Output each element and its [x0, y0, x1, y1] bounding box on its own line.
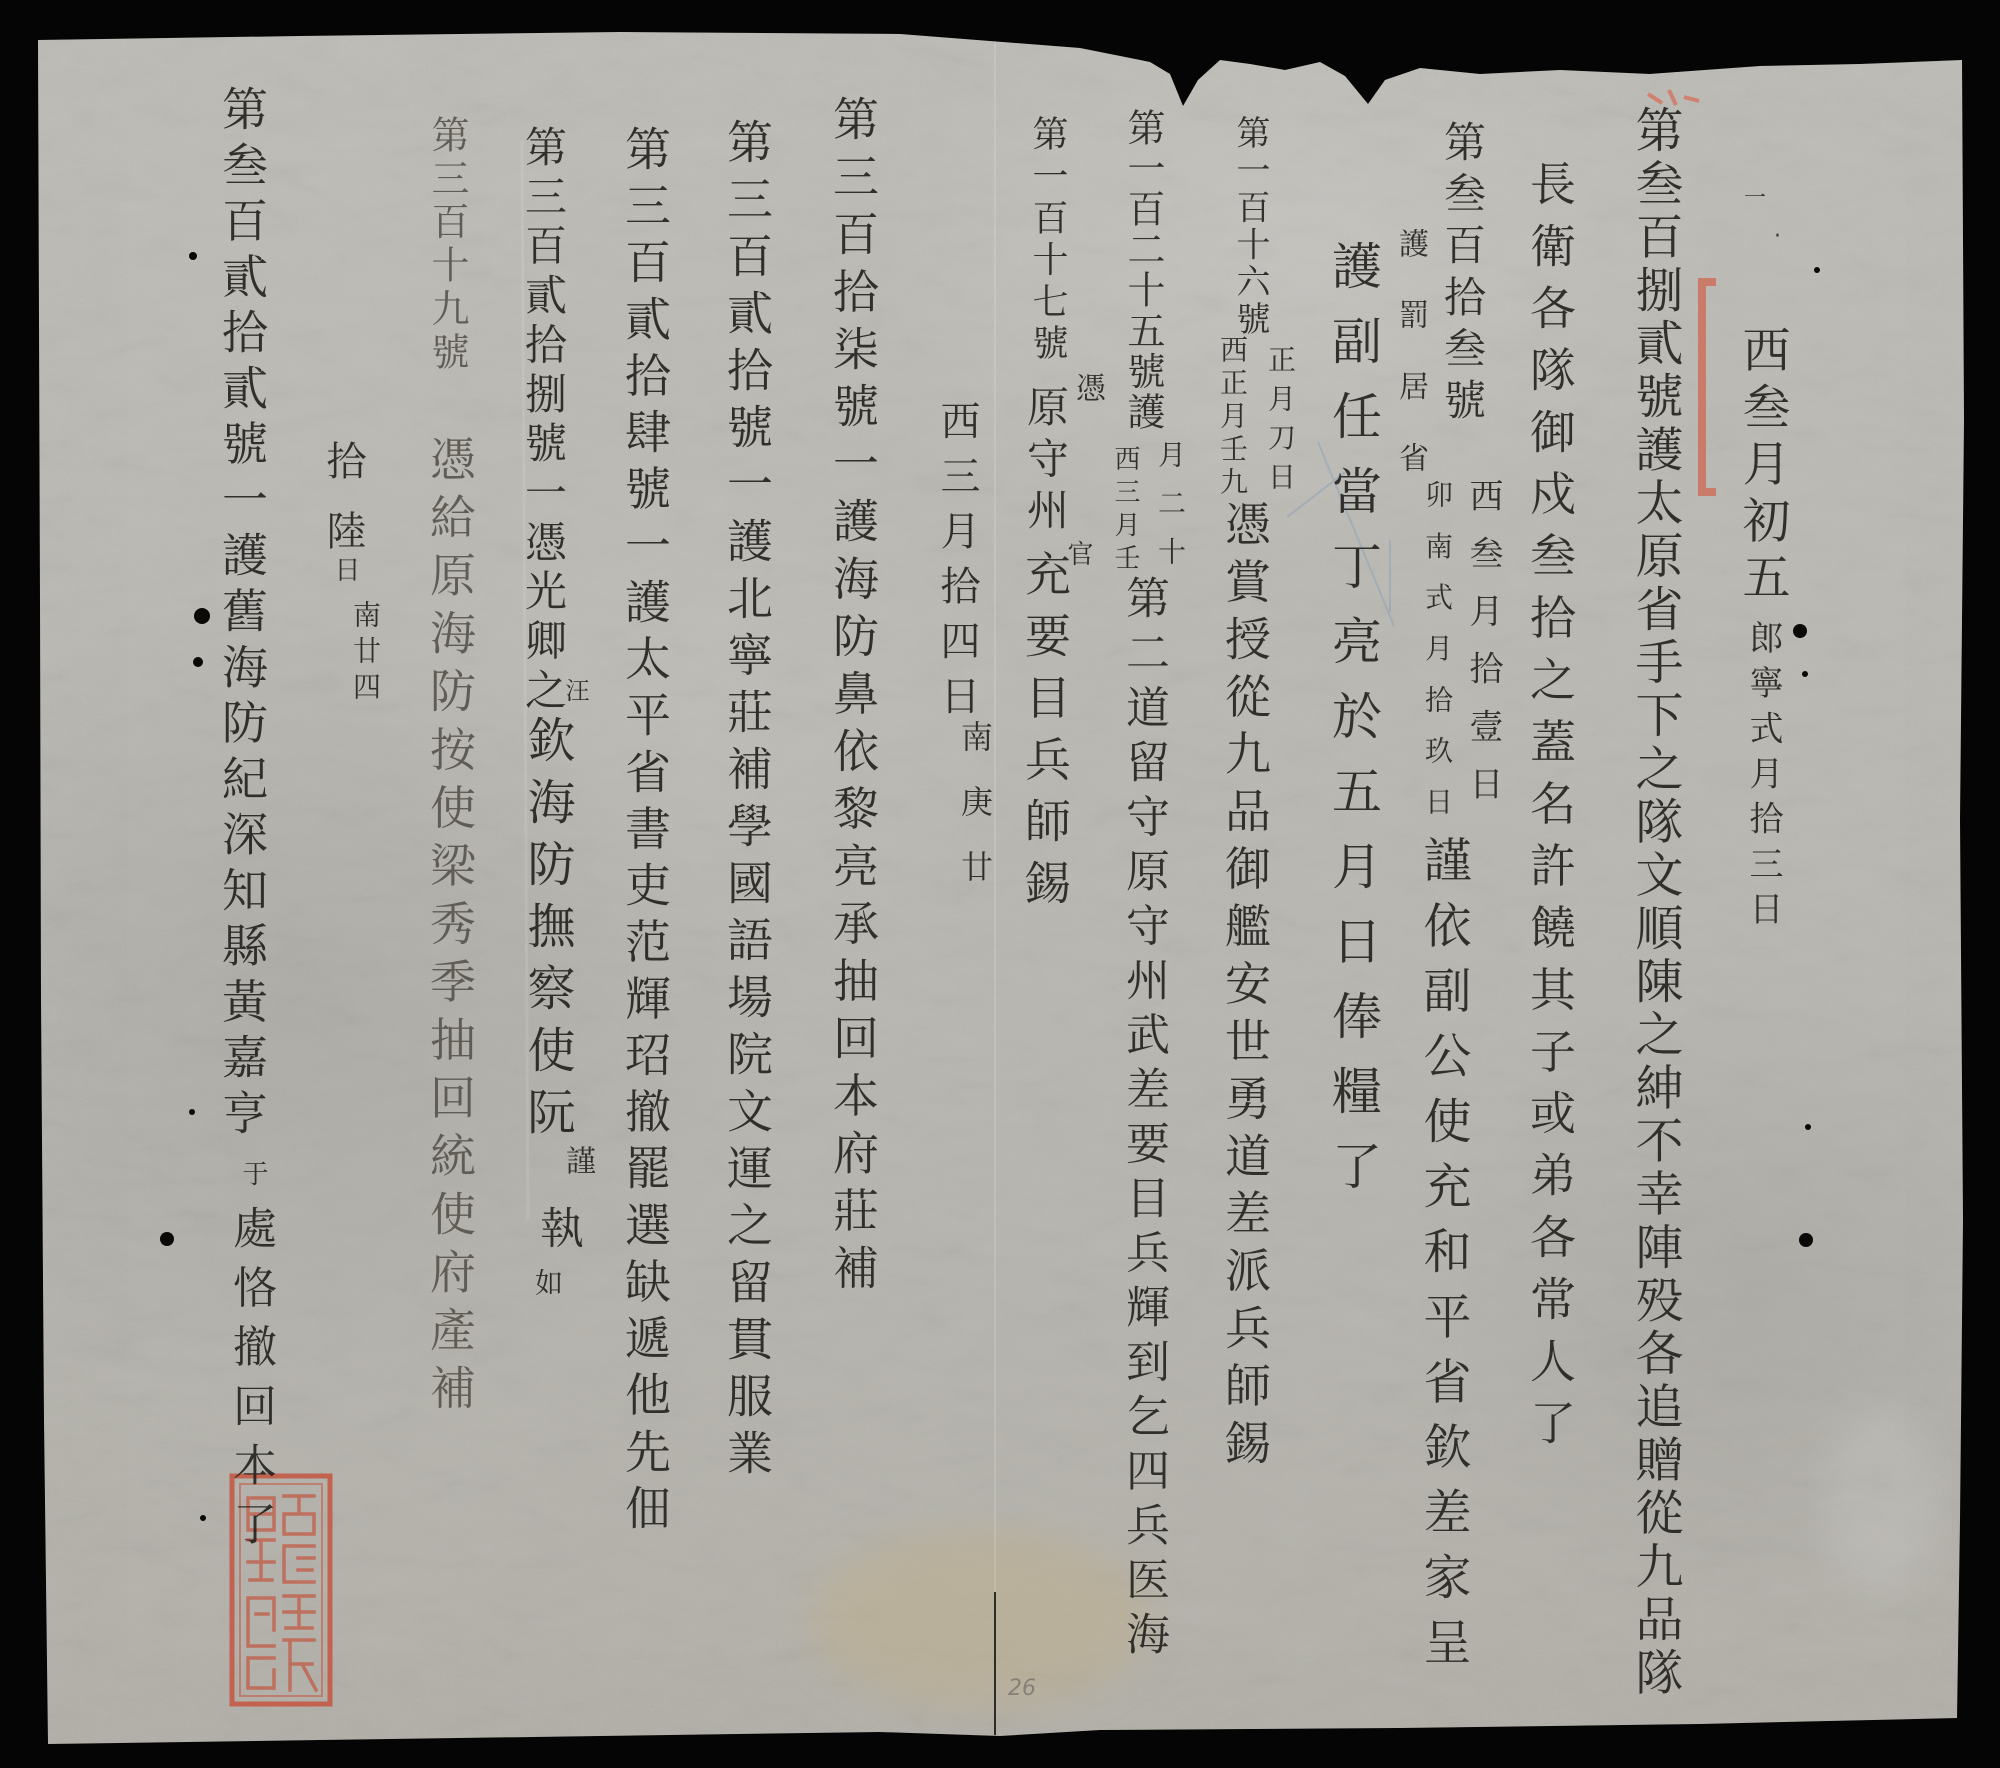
date-block-main: 拾陸 — [323, 440, 363, 550]
entry-date-right: 正月刀日 — [1266, 345, 1294, 490]
entry-column: 第叁百捌貳號護太原省手下之隊文順陳之紳不幸陣殁各追贈從九品隊 — [1631, 105, 1679, 1695]
entry-column: 第三百貳拾肆號一護太平省書吏范輝玿撤罷選缺遞他先佃 — [622, 125, 668, 1530]
light-patch — [1820, 1410, 1940, 1590]
entry-small-mark: 汪 — [563, 678, 587, 702]
header-date-main: 西叁月初五 — [1738, 325, 1786, 600]
entry-text: 護太原省手下之隊文順陳之紳不幸陣殁各追贈從九品隊 — [1627, 424, 1683, 1695]
entry-text: 執 — [535, 1205, 579, 1249]
entry-small-mark: 于 — [240, 1160, 266, 1186]
entry-number: 第三百貳拾肆號 — [618, 125, 672, 521]
date-block-sub: 南廿四 — [351, 600, 379, 700]
top-dot-mark: · — [1774, 226, 1781, 248]
entry-small-mark: 如 — [533, 1268, 561, 1296]
entry-text: 一護北寧莊補學國語場院文運之留貫服業 — [720, 460, 774, 1475]
entry-text: 憑給原海防按使梁秀季抽回統使府產補 — [427, 435, 473, 1410]
date-block-sub: 南庚廿 — [959, 720, 991, 882]
entry-number: 第三百拾柒號 — [826, 95, 880, 440]
entry-column: 第三百貳拾號一護北寧莊補學國語場院文運之留貫服業 — [724, 118, 770, 1475]
entry-action: 護 — [1121, 392, 1165, 430]
entry-text: 處恪撤回本了 — [228, 1205, 272, 1545]
entry-text: 充要目兵師錫 — [1022, 550, 1068, 905]
top-dash-mark: 一 — [1744, 188, 1766, 210]
entry-number: 第一百二十五號護 — [1124, 108, 1162, 430]
entry-number: 第叁百拾叁號 — [1441, 120, 1483, 420]
entry-number: 第三百貳拾捌號 — [519, 125, 568, 471]
entry-small-mark: 憑 — [1072, 372, 1102, 402]
header-date-sub: 郎寧式月拾三日 — [1746, 620, 1780, 925]
entry-number: 第一百十六號 — [1233, 115, 1267, 335]
water-stain — [810, 1530, 1150, 1710]
entry-side-note: 護罰居省 — [1395, 228, 1425, 472]
entry-text: 憑賞授從九品御艦安世勇道差派兵師錫 — [1222, 500, 1268, 1465]
entry-number-text: 第一百二十五號 — [1121, 108, 1165, 392]
page-number: 26 — [1008, 1676, 1036, 1701]
entry-date-left: 西正月壬九 — [1218, 335, 1246, 495]
entry-text: 一憑光卿之 — [519, 471, 568, 710]
date-block-main: 西三月拾四日 — [937, 400, 977, 715]
entry-number: 第三百十九號 — [428, 115, 466, 370]
entry-continuation: 長衛各隊御戍叁拾之蓋名許饒其子或弟各常人了 — [1527, 160, 1573, 1445]
entry-column: 第三百貳拾捌號一憑光卿之 — [522, 125, 564, 710]
entry-date-left: 西三月壬 — [1112, 445, 1138, 570]
entry-date-left: 卯南式月拾玖日 — [1423, 480, 1451, 815]
manuscript-paper: 一 · 西叁月初五 郎寧式月拾三日 第叁百捌貳號護太原省手下之隊文順陳之紳不幸陣… — [0, 0, 2000, 1768]
entry-number: 第叁百捌貳號 — [1627, 105, 1683, 424]
entry-number: 第三百貳拾號 — [720, 118, 774, 460]
entry-text: 原守州 — [1024, 385, 1066, 530]
entry-text: 謹依副公使充和平省欽差家呈 — [1419, 835, 1467, 1665]
entry-column: 第叁百貳拾貳號一護舊海防紀深知縣黃嘉亨 — [219, 85, 265, 1135]
entry-small-mark: 謹 — [562, 1145, 592, 1175]
entry-continuation: 護副任當丁亮於五月日俸糧了 — [1328, 240, 1378, 1190]
entry-text: 欽海防撫察使阮 — [523, 715, 571, 1135]
entry-text: 一護太平省書吏范輝玿撤罷選缺遞他先佃 — [618, 521, 672, 1530]
entry-column: 第三百拾柒號一護海防鼻依黎亮承抽回本府莊補 — [830, 95, 876, 1290]
entry-date-right: 月二十 — [1156, 440, 1184, 565]
entry-text: 一護舊海防紀深知縣黃嘉亨 — [215, 475, 269, 1135]
entry-text: 第二道留守原守州武差要目兵輝到乞四兵医海 — [1121, 575, 1165, 1655]
entry-number: 第一百十七號 — [1029, 115, 1065, 360]
entry-text: 一護海防鼻依黎亮承抽回本府莊補 — [826, 440, 880, 1290]
date-block-day: 日 — [332, 556, 358, 582]
entry-number: 第叁百貳拾貳號 — [215, 85, 269, 475]
entry-date-right: 西叁月拾壹日 — [1466, 478, 1500, 800]
